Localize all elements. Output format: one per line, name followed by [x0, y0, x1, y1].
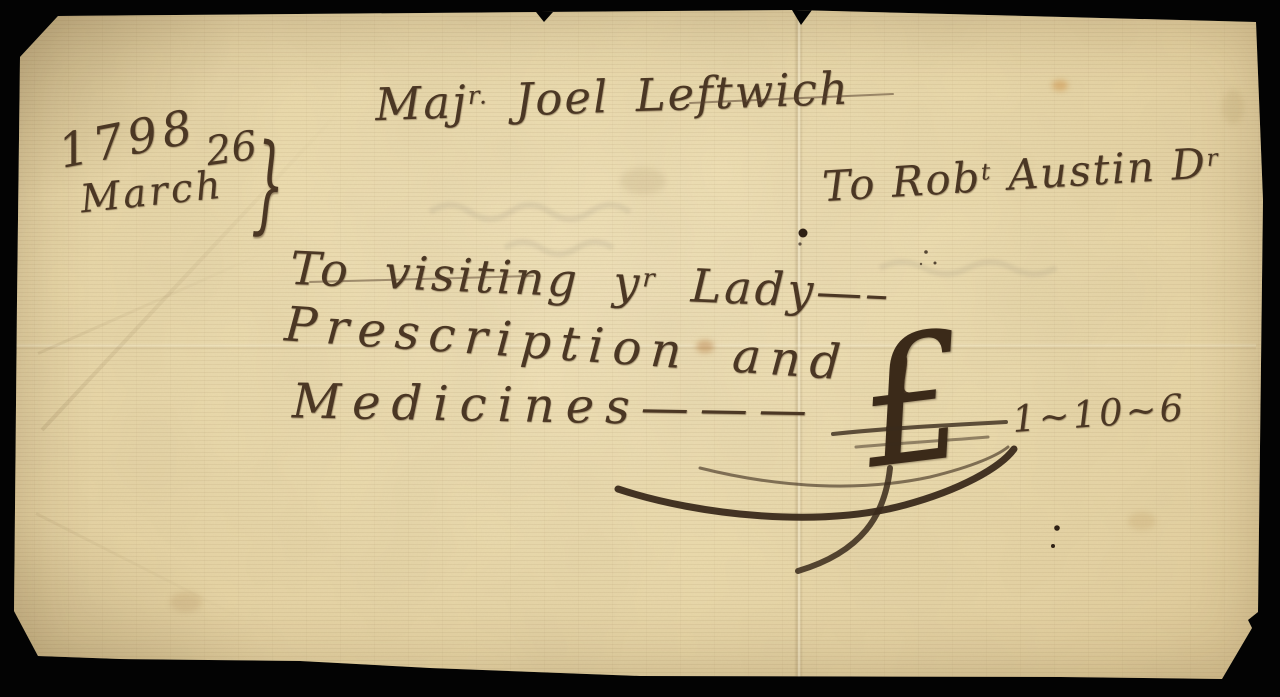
addressee-superscript: r.	[467, 80, 489, 110]
scan-background: Majr. Joel Leftwich 1798 March 26 } To R…	[0, 0, 1280, 697]
charge-line-3: Medicines———	[292, 373, 819, 438]
amount-pound-sign: £	[854, 326, 973, 477]
charge3-text: Medicines	[292, 373, 642, 435]
debtor-to: To Rob	[821, 152, 983, 211]
date-brace: }	[251, 120, 286, 248]
addressee-prefix: Maj	[374, 75, 469, 131]
corner-shadow-bottom-left	[0, 497, 300, 697]
debtor-superscript-r: r	[1206, 145, 1221, 172]
charge3-dash: ———	[640, 380, 818, 439]
date-day: 26	[203, 123, 260, 176]
document-paper: Majr. Joel Leftwich 1798 March 26 } To R…	[0, 0, 1280, 697]
charge1-rest: Lady	[656, 257, 817, 318]
